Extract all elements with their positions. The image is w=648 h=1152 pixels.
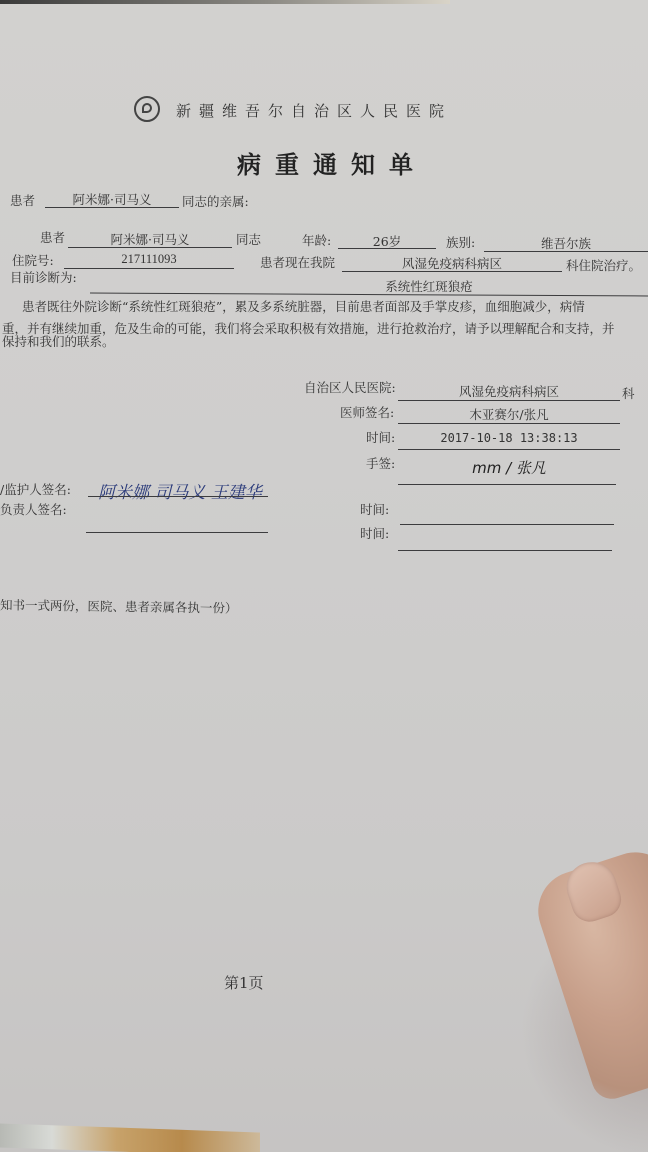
handsign-label: 手签: (366, 454, 395, 472)
ethnicity-value: 维吾尔族 (484, 234, 648, 252)
doctor-underline (398, 423, 620, 424)
admission-no-underline (64, 268, 234, 269)
handsign-underline (398, 484, 616, 485)
responsible-sign-label: 负责人签名: (0, 500, 67, 518)
hospital-name: 新疆维吾尔自治区人民医院 (176, 100, 452, 121)
admission-no-value: 217111093 (64, 252, 234, 267)
responsible-underline (86, 532, 268, 533)
hospital-sign-department: 风湿免疫病科病区 (398, 382, 620, 400)
family-time2-underline (398, 550, 612, 551)
department-suffix: 科 (622, 384, 635, 402)
department-underline (398, 400, 620, 401)
time-underline (398, 449, 620, 450)
addressee-prefix: 患者 (10, 191, 35, 209)
guardian-sign-label: /监护人签名: (0, 480, 71, 498)
time-value: 2017-10-18 13:38:13 (398, 431, 620, 445)
ethnicity-underline (484, 251, 648, 252)
hospital-sign-label: 自治区人民医院: (304, 378, 396, 396)
age-label: 年龄: (302, 231, 331, 249)
patient-name-underline (68, 247, 232, 248)
diagnosis-label: 目前诊断为: (10, 268, 77, 286)
patient-name-suffix: 同志 (236, 230, 261, 248)
guardian-underline (88, 496, 268, 497)
time-label: 时间: (366, 428, 395, 446)
notice-line-1: 患者既往外院诊断“系统性红斑狼疮”，累及多系统脏器，目前患者面部及手掌皮疹，血细… (22, 296, 585, 317)
notice-line-3: 保持和我们的联系。 (2, 331, 115, 352)
hospital-logo-icon (134, 96, 160, 122)
document-title: 病重通知单 (237, 145, 427, 180)
family-time1-underline (400, 524, 614, 525)
photo-top-edge (0, 0, 450, 4)
doctor-handwritten-signature: mm / 张凡 (398, 457, 620, 478)
ward-underline (342, 271, 562, 272)
ward-value: 风湿免疫病科病区 (342, 254, 562, 272)
patient-name-label: 患者 (40, 228, 65, 246)
addressee-name: 阿米娜·司马义 (45, 190, 179, 208)
ethnicity-label: 族别: (446, 233, 475, 251)
addressee-underline (45, 207, 179, 208)
footnote: 知书一式两份，医院、患者亲属各执一份） (0, 595, 238, 616)
family-time1-label: 时间: (360, 500, 389, 518)
ward-suffix: 科住院治疗。 (566, 256, 641, 274)
family-time2-label: 时间: (360, 524, 389, 542)
doctor-value: 木亚赛尔/张凡 (398, 405, 620, 423)
doctor-label: 医师签名: (340, 403, 394, 421)
patient-name: 阿米娜·司马义 (68, 230, 232, 248)
page-number: 第1页 (224, 972, 264, 993)
admission-no-label: 住院号: (12, 251, 54, 269)
addressee-suffix: 同志的亲属: (182, 192, 249, 210)
ward-label: 患者现在我院 (260, 253, 335, 271)
age-underline (338, 248, 436, 249)
guardian-handwritten-signature: 阿米娜 司马义 王建华 (98, 478, 262, 503)
